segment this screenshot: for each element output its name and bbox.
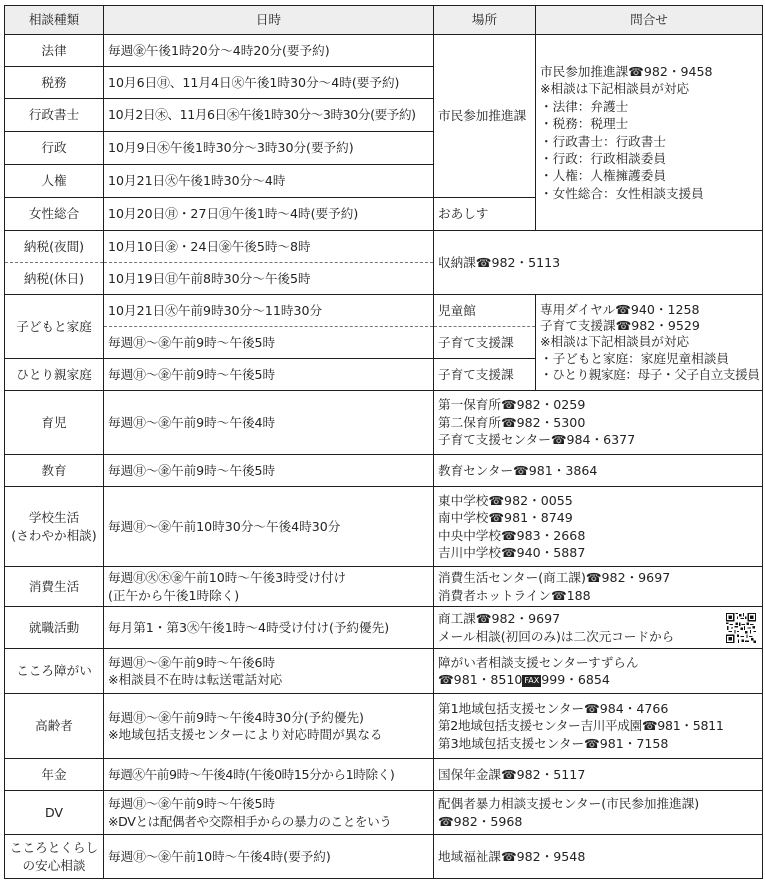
contact-line: 配偶者暴力相談支援センター(市民参加推進課) xyxy=(438,795,758,812)
contact-line: ※相談は下記相談員が対応 xyxy=(540,80,758,97)
header-datetime: 日時 xyxy=(104,6,434,35)
contact-cell: 第一保育所☎982・0259 第二保育所☎982・5300 子育て支援センター☎… xyxy=(434,391,763,455)
contact-line: 第3地域包括支援センター☎981・7158 xyxy=(438,735,758,752)
type-cell: 法律 xyxy=(5,35,104,67)
type-line: こころとくらし xyxy=(9,839,99,856)
datetime-line: 毎週㊊～㊎午前9時～午後6時 xyxy=(108,654,429,671)
datetime-cell: 10月2日㊍、11月6日㊍午後1時30分～3時30分(要予約) xyxy=(104,99,434,132)
table-header-row: 相談種類 日時 場所 問合せ xyxy=(5,6,763,35)
header-place: 場所 xyxy=(434,6,536,35)
datetime-cell: 10月21日㊋午前9時30分～11時30分 xyxy=(104,295,434,327)
table-row: DV 毎週㊊～㊎午前9時～午後5時 ※DVとは配偶者や交際相手からの暴力のことを… xyxy=(5,791,763,835)
contact-line: 収納課☎982・5113 xyxy=(438,254,758,271)
contact-line: ・行政書士：行政書士 xyxy=(540,133,758,150)
datetime-cell: 10月10日㊎・24日㊎午後5時～8時 xyxy=(104,231,434,263)
place-cell: 子育て支援課 xyxy=(434,327,536,359)
table-row: 法律 毎週㊎午後1時20分～4時20分(要予約) 市民参加推進課 市民参加推進課… xyxy=(5,35,763,67)
type-cell: 学校生活 (さわやか相談) xyxy=(5,487,104,567)
phone-number: ☎981・8510 xyxy=(438,672,522,687)
contact-line: 国保年金課☎982・5117 xyxy=(438,766,758,783)
place-cell: おあしす xyxy=(434,198,536,231)
consultation-table: 相談種類 日時 場所 問合せ 法律 毎週㊎午後1時20分～4時20分(要予約) … xyxy=(4,5,763,879)
contact-line: 第1地域包括支援センター☎984・4766 xyxy=(438,700,758,717)
contact-line: 教育センター☎981・3864 xyxy=(438,462,758,479)
datetime-cell: 毎週㊎午後1時20分～4時20分(要予約) xyxy=(104,35,434,67)
datetime-cell: 10月21日㊋午後1時30分～4時 xyxy=(104,165,434,198)
type-cell: 育児 xyxy=(5,391,104,455)
contact-line: ・行政：行政相談委員 xyxy=(540,150,758,167)
contact-cell: 消費生活センター(商工課)☎982・9697 消費者ホットライン☎188 xyxy=(434,567,763,607)
place-cell: 子育て支援課 xyxy=(434,359,536,391)
contact-line: 消費者ホットライン☎188 xyxy=(438,587,758,604)
fax-icon: FAX xyxy=(522,675,541,687)
table-row: 年金 毎週㊋午前9時～午後4時(午後0時15分から1時除く) 国保年金課☎982… xyxy=(5,759,763,791)
place-cell: 市民参加推進課 xyxy=(434,35,536,198)
contact-line: 市民参加推進課☎982・9458 xyxy=(540,63,758,80)
type-cell: DV xyxy=(5,791,104,835)
datetime-line: ※DVとは配偶者や交際相手からの暴力のことをいう xyxy=(108,813,429,830)
type-cell: 教育 xyxy=(5,455,104,487)
type-cell: 子どもと家庭 xyxy=(5,295,104,359)
type-cell: 就職活動 xyxy=(5,607,104,649)
type-cell: 年金 xyxy=(5,759,104,791)
datetime-line: 毎週㊊～㊎午前9時～午後4時30分(予約優先) xyxy=(108,709,429,726)
datetime-cell: 毎週㊊～㊎午前9時～午後5時 xyxy=(104,359,434,391)
type-cell: 高齢者 xyxy=(5,694,104,759)
type-cell: ひとり親家庭 xyxy=(5,359,104,391)
contact-line: 東中学校☎982・0055 xyxy=(438,492,758,509)
datetime-cell: 毎週㊊～㊎午前10時～午後4時(要予約) xyxy=(104,835,434,879)
contact-cell: 障がい者相談支援センターすずらん ☎981・8510FAX999・6854 xyxy=(434,649,763,694)
table-row: 消費生活 毎週㊊㊋㊍㊎午前10時～午後3時受け付け (正午から午後1時除く) 消… xyxy=(5,567,763,607)
contact-cell: 配偶者暴力相談支援センター(市民参加推進課) ☎982・5968 xyxy=(434,791,763,835)
datetime-cell: 毎週㊊～㊎午前9時～午後6時 ※相談員不在時は転送電話対応 xyxy=(104,649,434,694)
datetime-cell: 毎月第1・第3㊋午後1時～4時受け付け(予約優先) xyxy=(104,607,434,649)
type-cell: 行政 xyxy=(5,132,104,165)
type-cell: 消費生活 xyxy=(5,567,104,607)
datetime-line: (正午から午後1時除く) xyxy=(108,587,429,604)
table-row: 高齢者 毎週㊊～㊎午前9時～午後4時30分(予約優先) ※地域包括支援センターに… xyxy=(5,694,763,759)
contact-line: 第2地域包括支援センター吉川平成園☎981・5811 xyxy=(438,717,758,734)
type-cell: 納税(夜間) xyxy=(5,231,104,263)
contact-line: 吉川中学校☎940・5887 xyxy=(438,544,758,561)
datetime-cell: 10月20日㊊・27日㊊午後1時～4時(要予約) xyxy=(104,198,434,231)
datetime-cell: 毎週㊊～㊎午前9時～午後5時 ※DVとは配偶者や交際相手からの暴力のことをいう xyxy=(104,791,434,835)
type-cell: こころ障がい xyxy=(5,649,104,694)
table-row: こころ障がい 毎週㊊～㊎午前9時～午後6時 ※相談員不在時は転送電話対応 障がい… xyxy=(5,649,763,694)
contact-line: 子育て支援センター☎984・6377 xyxy=(438,431,758,448)
type-cell: こころとくらし の安心相談 xyxy=(5,835,104,879)
contact-line: 地域福祉課☎982・9548 xyxy=(438,848,758,865)
type-cell: 行政書士 xyxy=(5,99,104,132)
table-row: 学校生活 (さわやか相談) 毎週㊊～㊎午前10時30分～午後4時30分 東中学校… xyxy=(5,487,763,567)
contact-cell: 収納課☎982・5113 xyxy=(434,231,763,295)
contact-line: 第一保育所☎982・0259 xyxy=(438,396,758,413)
table-row: 子どもと家庭 10月21日㊋午前9時30分～11時30分 児童館 専用ダイヤル☎… xyxy=(5,295,763,327)
contact-line: 第二保育所☎982・5300 xyxy=(438,414,758,431)
datetime-cell: 毎週㊊～㊎午前10時30分～午後4時30分 xyxy=(104,487,434,567)
datetime-cell: 10月19日㊐午前8時30分～午後5時 xyxy=(104,263,434,295)
datetime-cell: 毎週㊋午前9時～午後4時(午後0時15分から1時除く) xyxy=(104,759,434,791)
contact-cell: 市民参加推進課☎982・9458 ※相談は下記相談員が対応 ・法律：弁護士 ・税… xyxy=(536,35,763,231)
contact-line: ・女性総合：女性相談支援員 xyxy=(540,185,758,202)
contact-line: 子育て支援課☎982・9529 xyxy=(540,318,758,334)
table-row: 育児 毎週㊊～㊎午前9時～午後4時 第一保育所☎982・0259 第二保育所☎9… xyxy=(5,391,763,455)
type-line: (さわやか相談) xyxy=(9,527,99,544)
table-row: こころとくらし の安心相談 毎週㊊～㊎午前10時～午後4時(要予約) 地域福祉課… xyxy=(5,835,763,879)
contact-line: ・法律：弁護士 xyxy=(540,98,758,115)
type-cell: 女性総合 xyxy=(5,198,104,231)
contact-line: ☎981・8510FAX999・6854 xyxy=(438,671,758,688)
place-cell: 児童館 xyxy=(434,295,536,327)
contact-cell: 商工課☎982・9697 メール相談(初回のみ)は二次元コードから xyxy=(434,607,763,649)
table-row: 納税(夜間) 10月10日㊎・24日㊎午後5時～8時 収納課☎982・5113 xyxy=(5,231,763,263)
table-row: 就職活動 毎月第1・第3㊋午後1時～4時受け付け(予約優先) 商工課☎982・9… xyxy=(5,607,763,649)
contact-cell: 地域福祉課☎982・9548 xyxy=(434,835,763,879)
contact-cell: 教育センター☎981・3864 xyxy=(434,455,763,487)
contact-cell: 専用ダイヤル☎940・1258 子育て支援課☎982・9529 ※相談は下記相談… xyxy=(536,295,763,391)
type-line: の安心相談 xyxy=(9,857,99,874)
contact-line: 消費生活センター(商工課)☎982・9697 xyxy=(438,569,758,586)
header-consult-type: 相談種類 xyxy=(5,6,104,35)
contact-line: ※相談は下記相談員が対応 xyxy=(540,334,758,350)
contact-line: ・人権：人権擁護委員 xyxy=(540,167,758,184)
datetime-line: ※地域包括支援センターにより対応時間が異なる xyxy=(108,726,429,743)
datetime-cell: 10月9日㊍午後1時30分～3時30分(要予約) xyxy=(104,132,434,165)
contact-line: ・ひとり親家庭：母子・父子自立支援員 xyxy=(540,367,758,383)
contact-cell: 東中学校☎982・0055 南中学校☎981・8749 中央中学校☎983・26… xyxy=(434,487,763,567)
datetime-cell: 毎週㊊～㊎午前9時～午後5時 xyxy=(104,455,434,487)
contact-line: ・子どもと家庭：家庭児童相談員 xyxy=(540,351,758,367)
contact-line: 商工課☎982・9697 xyxy=(438,610,758,627)
datetime-cell: 毎週㊊～㊎午前9時～午後5時 xyxy=(104,327,434,359)
contact-line: ☎982・5968 xyxy=(438,813,758,830)
contact-line: 中央中学校☎983・2668 xyxy=(438,527,758,544)
datetime-cell: 毎週㊊～㊎午前9時～午後4時30分(予約優先) ※地域包括支援センターにより対応… xyxy=(104,694,434,759)
datetime-cell: 10月6日㊊、11月4日㊋午後1時30分～4時(要予約) xyxy=(104,67,434,99)
contact-cell: 第1地域包括支援センター☎984・4766 第2地域包括支援センター吉川平成園☎… xyxy=(434,694,763,759)
fax-number: 999・6854 xyxy=(541,672,610,687)
contact-cell: 国保年金課☎982・5117 xyxy=(434,759,763,791)
datetime-line: 毎週㊊～㊎午前9時～午後5時 xyxy=(108,795,429,812)
type-cell: 税務 xyxy=(5,67,104,99)
type-line: 学校生活 xyxy=(9,509,99,526)
contact-line: 南中学校☎981・8749 xyxy=(438,509,758,526)
datetime-line: ※相談員不在時は転送電話対応 xyxy=(108,671,429,688)
datetime-cell: 毎週㊊～㊎午前9時～午後4時 xyxy=(104,391,434,455)
contact-line: 専用ダイヤル☎940・1258 xyxy=(540,302,758,318)
datetime-cell: 毎週㊊㊋㊍㊎午前10時～午後3時受け付け (正午から午後1時除く) xyxy=(104,567,434,607)
contact-line: メール相談(初回のみ)は二次元コードから xyxy=(438,628,758,645)
table-row: 教育 毎週㊊～㊎午前9時～午後5時 教育センター☎981・3864 xyxy=(5,455,763,487)
datetime-line: 毎週㊊㊋㊍㊎午前10時～午後3時受け付け xyxy=(108,569,429,586)
contact-line: 障がい者相談支援センターすずらん xyxy=(438,654,758,671)
qr-code-icon[interactable] xyxy=(726,613,756,643)
contact-line: ・税務：税理士 xyxy=(540,115,758,132)
type-cell: 人権 xyxy=(5,165,104,198)
header-contact: 問合せ xyxy=(536,6,763,35)
type-cell: 納税(休日) xyxy=(5,263,104,295)
